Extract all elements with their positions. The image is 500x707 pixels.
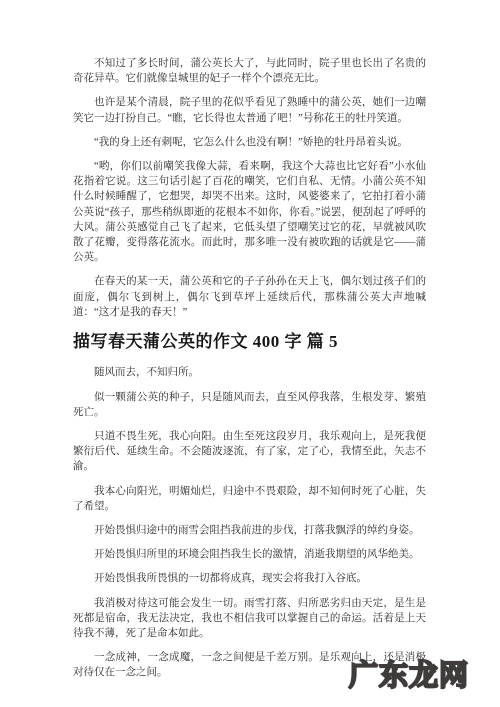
paragraph-11: 开始畏惧归所里的环境会阻挡我生长的激情，消逝我期望的风华绝美。 (73, 547, 426, 562)
document-page: 不知过了多长时间，蒲公英长大了，与此同时，院子里也长出了名贵的奇花异草。它们就像… (0, 0, 500, 707)
paragraph-2: 也许是某个清晨，院子里的花似乎看见了熟睡中的蒲公英，她们一边嘲笑它一边打扮自己。… (73, 95, 426, 125)
paragraph-10: 开始畏惧归途中的雨雪会阻挡我前进的步伐，打落我飘浮的绰约身姿。 (73, 523, 426, 538)
paragraph-12: 开始畏惧我所畏惧的一切都将成真，现实会将我打入谷底。 (73, 571, 426, 586)
paragraph-4: “哟，你们以前嘲笑我像大蒜，看来啊，我这个大蒜也比它好看”小水仙花指着它说。这三… (73, 159, 426, 265)
paragraph-7: 似一颗蒲公英的种子，只是随风而去，直至风停我落，生根发芽、繁殖死亡。 (73, 390, 426, 420)
article-body: 不知过了多长时间，蒲公英长大了，与此同时，院子里也长出了名贵的奇花异草。它们就像… (73, 56, 426, 690)
essay-heading-part5: 描写春天蒲公英的作文 400 字 篇 5 (73, 331, 426, 352)
paragraph-6: 随风而去，不知归所。 (73, 365, 426, 380)
paragraph-13: 我消极对待这可能会发生一切。雨雪打落、归所恶劣归由天定，是生是死都是宿命，我无法… (73, 596, 426, 642)
paragraph-8: 只道不畏生死，我心向阳。由生至死这段岁月，我乐观向上，是死我便繁衍后代、延续生命… (73, 429, 426, 475)
paragraph-3: “我的身上还有刺呢，它怎么什么也没有啊！”娇艳的牡丹昂着头说。 (73, 135, 426, 150)
paragraph-5: 在春天的某一天，蒲公英和它的子子孙孙在天上飞，偶尔划过孩子们的面庞，偶尔飞到树上… (73, 274, 426, 320)
paragraph-1: 不知过了多长时间，蒲公英长大了，与此同时，院子里也长出了名贵的奇花异草。它们就像… (73, 56, 426, 86)
site-watermark: 广东龙网 (349, 653, 469, 694)
paragraph-9: 我本心向阳光，明媚灿烂，归途中不畏艰险，却不知何时死了心脏，失了希望。 (73, 484, 426, 514)
